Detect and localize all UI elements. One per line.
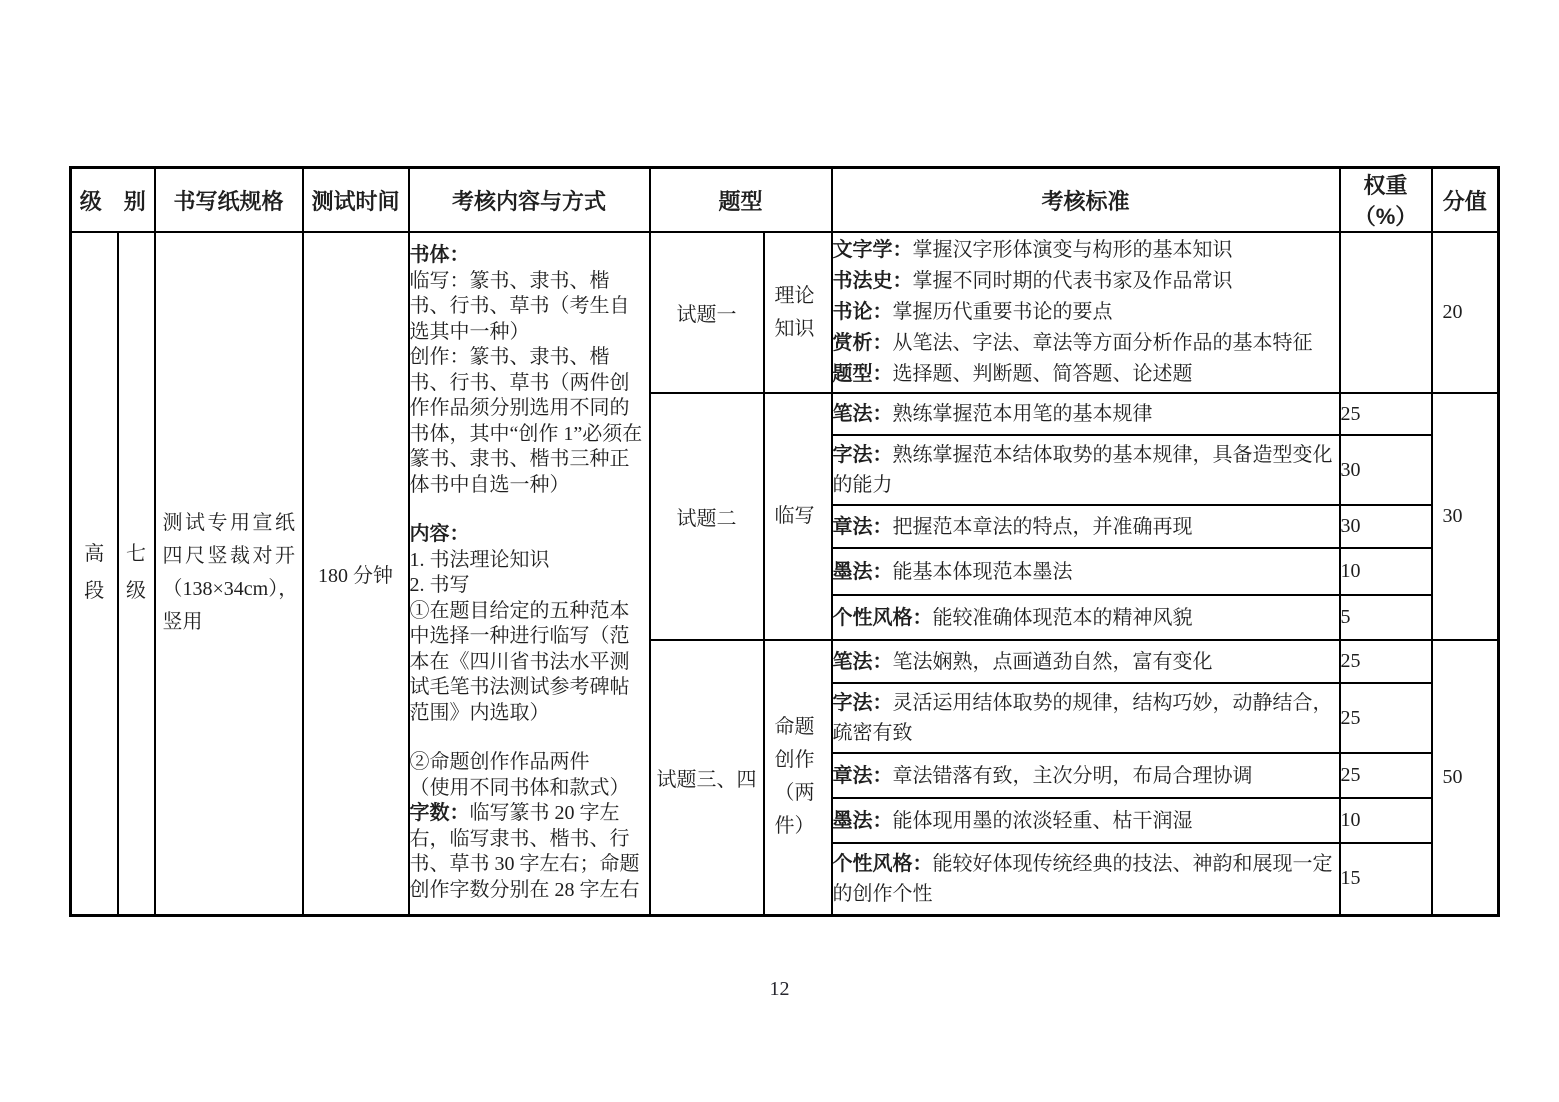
- criteria-item: 书法史：掌握不同时期的代表书家及作品常识: [833, 266, 1339, 297]
- weight-cell: 25: [1340, 640, 1432, 683]
- level-grade: 七级: [125, 536, 147, 610]
- score-1-cell: 20: [1432, 232, 1499, 393]
- category-2-cell: 临写: [764, 393, 832, 640]
- weight-cell: 25: [1340, 393, 1432, 435]
- header-content: 考核内容与方式: [409, 168, 650, 233]
- weight-cell: 10: [1340, 548, 1432, 595]
- weight-cell: 15: [1340, 843, 1432, 915]
- weight-cell: 5: [1340, 595, 1432, 640]
- criteria-cell: 章法：把握范本章法的特点，并准确再现: [832, 505, 1340, 548]
- weight-cell: 25: [1340, 683, 1432, 753]
- criteria-cell: 章法：章法错落有致，主次分明，布局合理协调: [832, 753, 1340, 798]
- paper-spec-cell: 测试专用宣纸 四尺竖裁对开 （138×34cm）， 竖用: [155, 232, 303, 915]
- criteria-item: 赏析：从笔法、字法、章法等方面分析作品的基本特征: [833, 328, 1339, 359]
- criteria-cell: 墨法：能基本体现范本墨法: [832, 548, 1340, 595]
- header-test-time: 测试时间: [303, 168, 409, 233]
- content-block: 字数：临写篆书 20 字左右，临写隶书、楷书、行书、草书 30 字左右；命题创作…: [410, 801, 649, 903]
- header-paper-spec: 书写纸规格: [155, 168, 303, 233]
- weight-cell: 30: [1340, 505, 1432, 548]
- content-block: 创作：篆书、隶书、楷书、行书、草书（两件创作作品须分别选用不同的书体，其中“创作…: [410, 345, 649, 498]
- category-3-text: 命题创作（两件）: [775, 711, 821, 843]
- row-question-1: 高段 七级 测试专用宣纸 四尺竖裁对开 （138×34cm）， 竖用 180 分…: [71, 232, 1499, 393]
- header-score: 分值: [1432, 168, 1499, 233]
- criteria-item: 题型：选择题、判断题、简答题、论述题: [833, 359, 1339, 390]
- paper-spec-text: 测试专用宣纸 四尺竖裁对开 （138×34cm）， 竖用: [156, 507, 302, 639]
- header-level: 级 别: [71, 168, 155, 233]
- question-3-cell: 试题三、四: [650, 640, 764, 915]
- header-question-type: 题型: [650, 168, 832, 233]
- weight-cell: [1340, 232, 1432, 393]
- header-criteria: 考核标准: [832, 168, 1340, 233]
- criteria-1-cell: 文字学：掌握汉字形体演变与构形的基本知识 书法史：掌握不同时期的代表书家及作品常…: [832, 232, 1340, 393]
- category-2-text: 临写: [775, 500, 821, 533]
- content-block: （使用不同书体和款式）: [410, 776, 649, 802]
- criteria-item: 文字学：掌握汉字形体演变与构形的基本知识: [833, 235, 1339, 266]
- page-number: 12: [0, 978, 1559, 1001]
- level-stage-cell: 高段: [71, 232, 118, 915]
- assessment-table: 级 别 书写纸规格 测试时间 考核内容与方式 题型 考核标准 权重（%） 分值 …: [69, 166, 1500, 917]
- question-1-cell: 试题一: [650, 232, 764, 393]
- criteria-cell: 字法：熟练掌握范本结体取势的基本规律，具备造型变化的能力: [832, 435, 1340, 505]
- category-1-cell: 理论知识: [764, 232, 832, 393]
- criteria-cell: 字法：灵活运用结体取势的规律，结构巧妙，动静结合，疏密有致: [832, 683, 1340, 753]
- criteria-cell: 个性风格：能较好体现传统经典的技法、神韵和展现一定的创作个性: [832, 843, 1340, 915]
- header-row: 级 别 书写纸规格 测试时间 考核内容与方式 题型 考核标准 权重（%） 分值: [71, 168, 1499, 233]
- criteria-cell: 笔法：笔法娴熟，点画遒劲自然，富有变化: [832, 640, 1340, 683]
- criteria-item: 书论：掌握历代重要书论的要点: [833, 297, 1339, 328]
- paper-spec-line: 测试专用宣纸: [163, 507, 297, 540]
- level-grade-cell: 七级: [118, 232, 155, 915]
- level-stage: 高段: [83, 536, 105, 610]
- document-page: 级 别 书写纸规格 测试时间 考核内容与方式 题型 考核标准 权重（%） 分值 …: [0, 0, 1559, 1102]
- header-weight: 权重（%）: [1340, 168, 1432, 233]
- paper-spec-line: 四尺竖裁对开: [163, 540, 297, 573]
- score-3-cell: 50: [1432, 640, 1499, 915]
- paper-spec-line: （138×34cm），: [163, 573, 297, 606]
- criteria-cell: 笔法：熟练掌握范本用笔的基本规律: [832, 393, 1340, 435]
- test-time-cell: 180 分钟: [303, 232, 409, 915]
- content-block: 1. 书法理论知识: [410, 548, 649, 574]
- content-block: 内容：: [410, 522, 649, 548]
- weight-cell: 10: [1340, 798, 1432, 843]
- paper-spec-line: 竖用: [163, 606, 297, 639]
- content-method-cell: 书体： 临写：篆书、隶书、楷书、行书、草书（考生自选其中一种） 创作：篆书、隶书…: [409, 232, 650, 915]
- score-2-cell: 30: [1432, 393, 1499, 640]
- content-block: 临写：篆书、隶书、楷书、行书、草书（考生自选其中一种）: [410, 269, 649, 346]
- content-block: 书体：: [410, 243, 649, 269]
- content-block: ①在题目给定的五种范本中选择一种进行临写（范本在《四川省书法水平测试毛笔书法测试…: [410, 599, 649, 727]
- question-2-cell: 试题二: [650, 393, 764, 640]
- weight-cell: 30: [1340, 435, 1432, 505]
- weight-cell: 25: [1340, 753, 1432, 798]
- content-block: ②命题创作作品两件: [410, 750, 649, 776]
- content-block: 2. 书写: [410, 573, 649, 599]
- criteria-cell: 墨法：能体现用墨的浓淡轻重、枯干润湿: [832, 798, 1340, 843]
- category-1-text: 理论知识: [775, 280, 821, 346]
- criteria-cell: 个性风格：能较准确体现范本的精神风貌: [832, 595, 1340, 640]
- category-3-cell: 命题创作（两件）: [764, 640, 832, 915]
